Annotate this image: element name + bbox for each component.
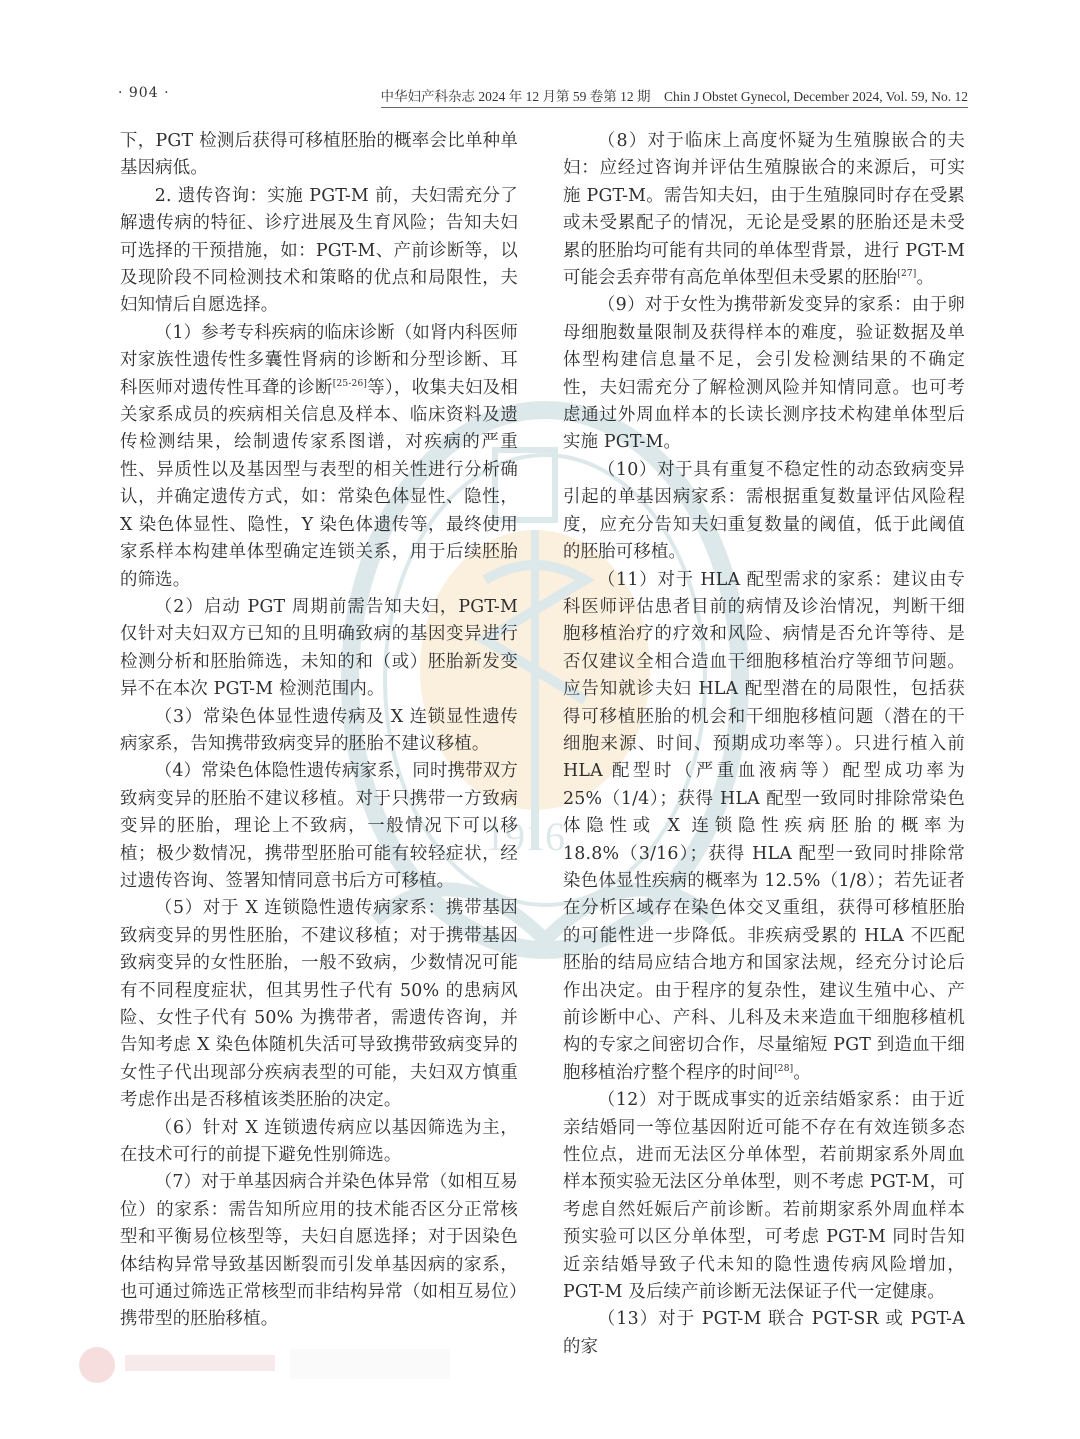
paragraph-item-12: （12）对于既成事实的近亲结婚家系：由于近亲结婚同一等位基因附近可能不存在有效连… xyxy=(563,1087,965,1306)
citation-ref: [25-26] xyxy=(333,379,367,389)
paragraph-item-13: （13）对于 PGT-M 联合 PGT-SR 或 PGT-A 的家 xyxy=(563,1306,965,1361)
page-number: · 904 · xyxy=(118,85,170,101)
paragraph-item-4: （4）常染色体隐性遗传病家系，同时携带双方致病变异的胚胎不建议移植。对于只携带一… xyxy=(120,758,518,895)
paragraph-genetic-counseling: 2. 遗传咨询：实施 PGT-M 前，夫妇需充分了解遗传病的特征、诊疗进展及生育… xyxy=(120,183,518,320)
paragraph-item-6: （6）针对 X 连锁遗传病应以基因筛选为主，在技术可行的前提下避免性别筛选。 xyxy=(120,1115,518,1170)
right-column: （8）对于临床上高度怀疑为生殖腺嵌合的夫妇：应经过咨询并评估生殖腺嵌合的来源后，… xyxy=(563,128,965,1361)
citation-ref: [27] xyxy=(897,269,916,279)
paragraph-item-1: （1）参考专科疾病的临床诊断（如肾内科医师对家族性遗传性多囊性肾病的诊断和分型诊… xyxy=(120,320,518,594)
page-header: · 904 · 中华妇产科杂志 2024 年 12 月第 59 卷第 12 期 … xyxy=(118,85,968,111)
paragraph-item-8: （8）对于临床上高度怀疑为生殖腺嵌合的夫妇：应经过咨询并评估生殖腺嵌合的来源后，… xyxy=(563,128,965,292)
left-column: 下，PGT 检测后获得可移植胚胎的概率会比单种单基因病低。 2. 遗传咨询：实施… xyxy=(120,128,518,1334)
paragraph-item-11: （11）对于 HLA 配型需求的家系：建议由专科医师评估患者目前的病情及诊治情况… xyxy=(563,567,965,1088)
paragraph-item-3: （3）常染色体显性遗传病及 X 连锁显性遗传病家系，告知携带致病变异的胚胎不建议… xyxy=(120,704,518,759)
citation-ref: [28] xyxy=(774,1064,793,1074)
publisher-logo-watermark-icon xyxy=(75,1345,455,1385)
running-head: 中华妇产科杂志 2024 年 12 月第 59 卷第 12 期 Chin J O… xyxy=(381,85,968,108)
paragraph-item-10: （10）对于具有重复不稳定性的动态致病变异引起的单基因病家系：需根据重复数量评估… xyxy=(563,457,965,567)
paragraph-continuation: 下，PGT 检测后获得可移植胚胎的概率会比单种单基因病低。 xyxy=(120,128,518,183)
paragraph-item-9: （9）对于女性为携带新发变异的家系：由于卵母细胞数量限制及获得样本的难度，验证数… xyxy=(563,292,965,456)
paragraph-item-5: （5）对于 X 连锁隐性遗传病家系：携带基因致病变异的男性胚胎，不建议移植；对于… xyxy=(120,895,518,1114)
paragraph-item-7: （7）对于单基因病合并染色体异常（如相互易位）的家系：需告知所应用的技术能否区分… xyxy=(120,1169,518,1333)
paragraph-item-2: （2）启动 PGT 周期前需告知夫妇，PGT-M 仅针对夫妇双方已知的且明确致病… xyxy=(120,594,518,704)
